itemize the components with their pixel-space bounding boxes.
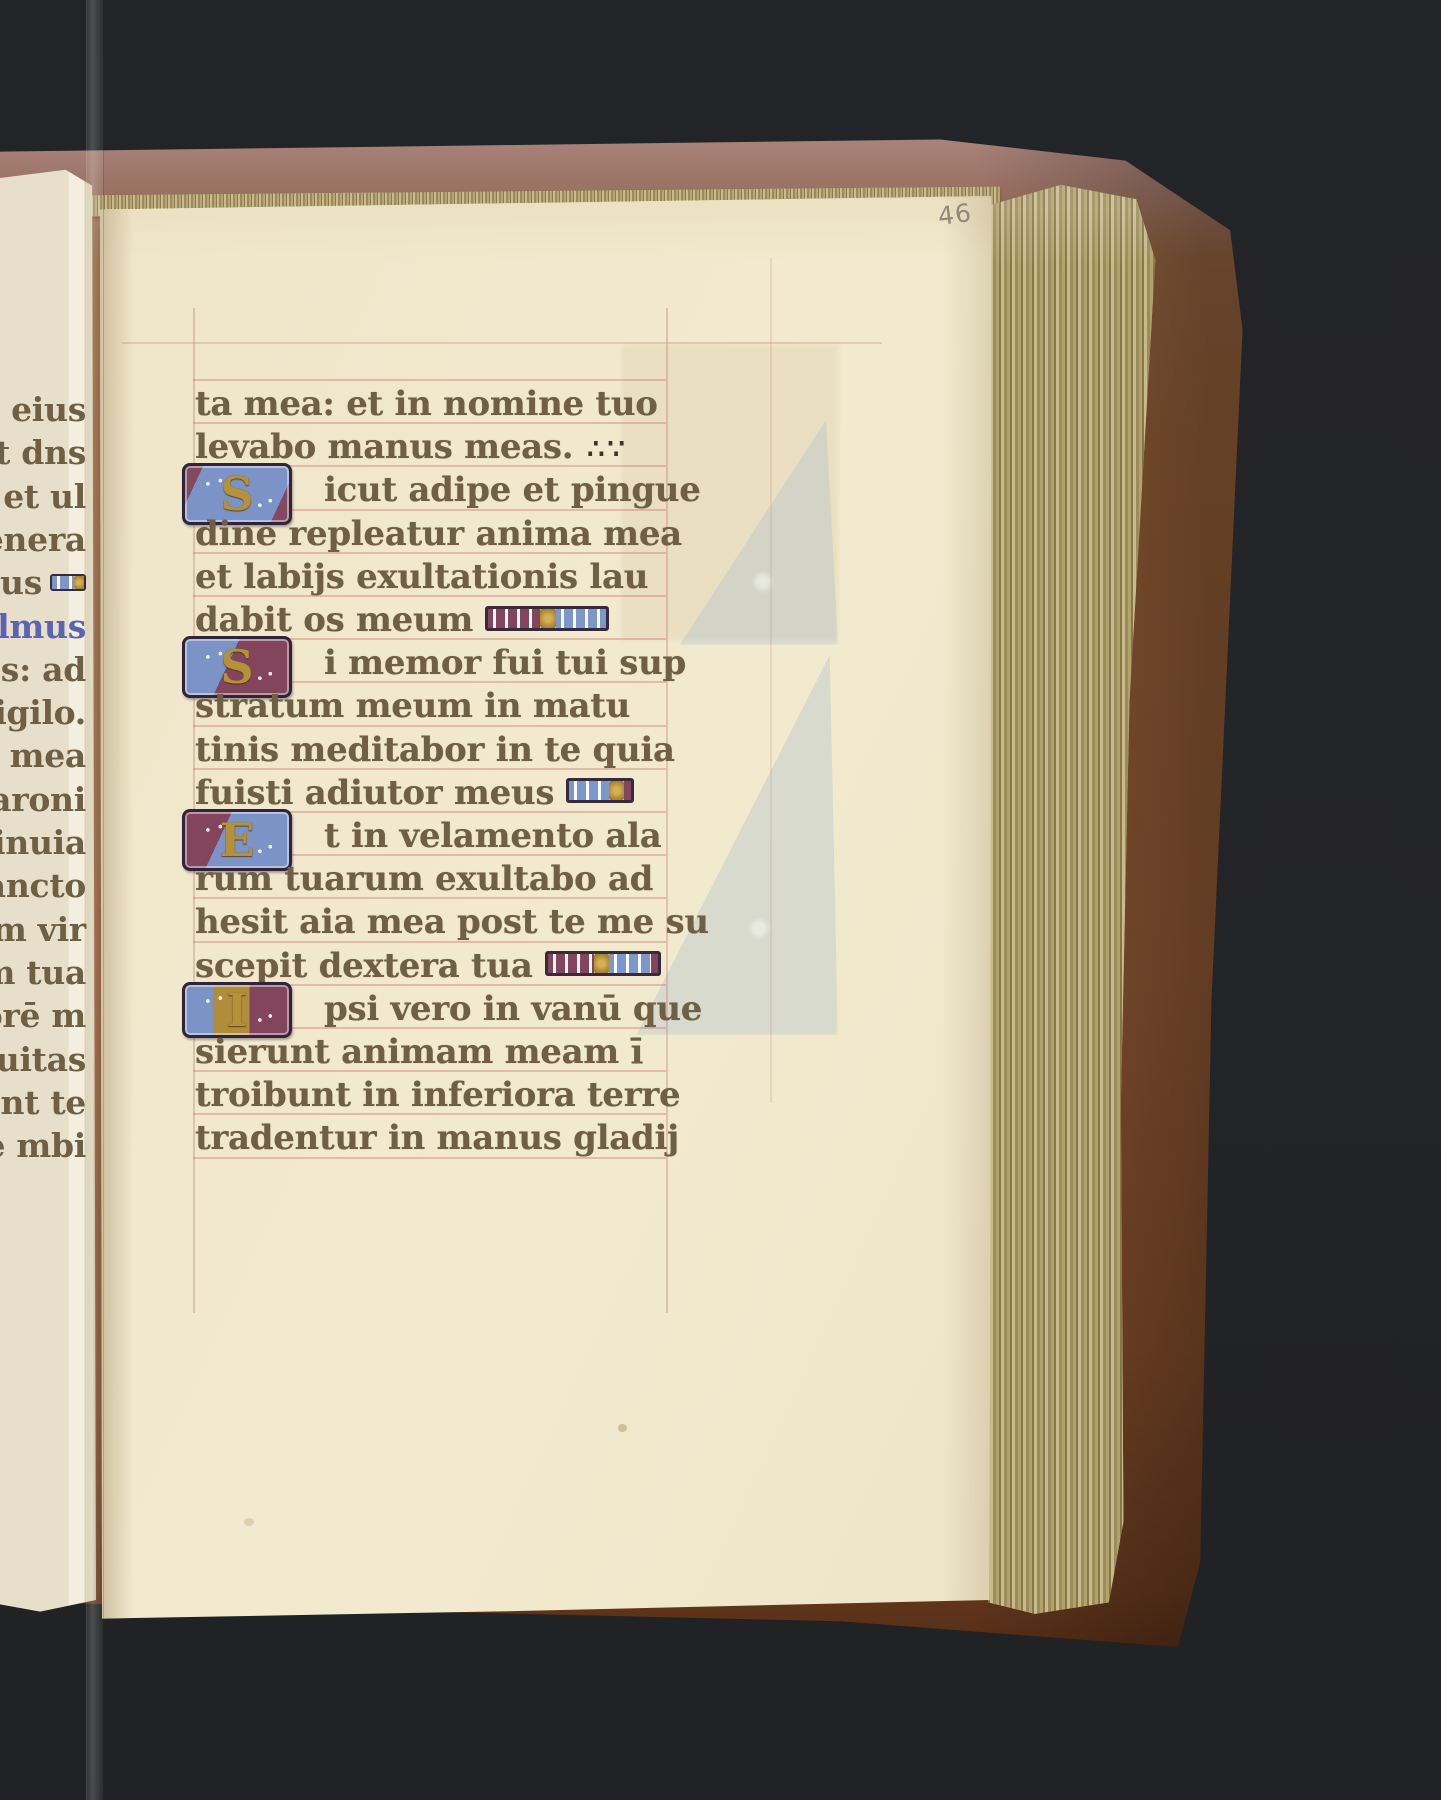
manuscript-text-line: t in velamento ala (324, 816, 661, 856)
facing-page-text-fragment: rta inuia (0, 823, 86, 862)
manuscript-text-line: rum tuarum exultabo ad (195, 859, 653, 899)
facing-page-text-fragment: e et genera (0, 520, 86, 559)
manuscript-text-line: fuisti adiutor meus (195, 773, 634, 813)
facing-page-text-fragment: n te mbi (0, 1126, 86, 1165)
folio-number: 46 (936, 198, 973, 231)
acrylic-page-holder-strip (86, 0, 104, 1800)
manuscript-text-line: tinis meditabor in te quia (195, 730, 675, 770)
manuscript-text-line: icut adipe et pingue (324, 470, 701, 510)
manuscript-text-line: dine repleatur anima mea (195, 514, 682, 554)
facing-page-text-fragment: derem vir (0, 910, 86, 949)
facing-page-text-fragment: meus: ad (0, 650, 86, 689)
facing-page-text-fragment: uam tua (0, 953, 86, 992)
manuscript-text-line: psi vero in vanū que (324, 989, 702, 1029)
line-filler-ornament (485, 606, 609, 631)
manuscript-text-line: scepit dextera tua (195, 946, 661, 986)
photograph-of-manuscript: nen eiusus est dnseius et ule et generae… (0, 0, 1441, 1800)
facing-page-text-fragment: er uitas (0, 1040, 86, 1079)
facing-page-text-fragment: us est dns (0, 433, 86, 472)
ruling-line (770, 258, 772, 1103)
manuscript-text-line: troibunt in inferiora terre (195, 1075, 680, 1115)
facing-page-text-fragment: bi caroni (0, 780, 86, 819)
line-filler-ornament (566, 778, 634, 803)
manuscript-text-line: ta mea: et in nomine tuo (195, 384, 658, 424)
facing-page-text-fragment: psalmus (0, 607, 86, 646)
ruling-line (193, 379, 666, 381)
manuscript-text-line: tradentur in manus gladij (195, 1118, 679, 1158)
facing-page-text-fragment: abunt te (0, 1083, 86, 1122)
ruling-line (122, 342, 882, 344)
manuscript-text-line: hesit aia mea post te me su (195, 902, 709, 942)
facing-page-text-fragment: uigilo. (0, 693, 86, 732)
facing-page-text-fragment: eius (0, 563, 86, 602)
facing-page-text-fragment: nen eius (0, 390, 86, 429)
manuscript-text-line: levabo manus meas.∴∵ (195, 427, 628, 467)
facing-page-text-fragment: n sancto (0, 866, 86, 905)
main-page: ta mea: et in nomine tuolevabo manus mea… (96, 188, 996, 1620)
line-filler-ornament (50, 574, 86, 591)
manuscript-text-line: stratum meum in matu (195, 686, 630, 726)
manuscript-text-line: sierunt animam meam ī (195, 1032, 643, 1072)
manuscript-text-line: i memor fui tui sup (324, 643, 686, 683)
parchment-stain (618, 1424, 627, 1432)
illuminated-initial: I (182, 982, 292, 1038)
manuscript-text-line: et labijs exultationis lau (195, 557, 648, 597)
facing-page-sliver: nen eiusus est dnseius et ule et generae… (0, 164, 98, 1616)
parchment-stain (244, 1518, 254, 1526)
manuscript-text-line: dabit os meum (195, 600, 609, 640)
facing-page-text-fragment: ehorē m (0, 996, 86, 1035)
ruling-line (666, 308, 668, 1313)
facing-page-text-fragment: eius et ul (0, 477, 86, 516)
facing-page-text-fragment: t aia mea (0, 736, 86, 775)
line-filler-ornament (545, 951, 661, 976)
